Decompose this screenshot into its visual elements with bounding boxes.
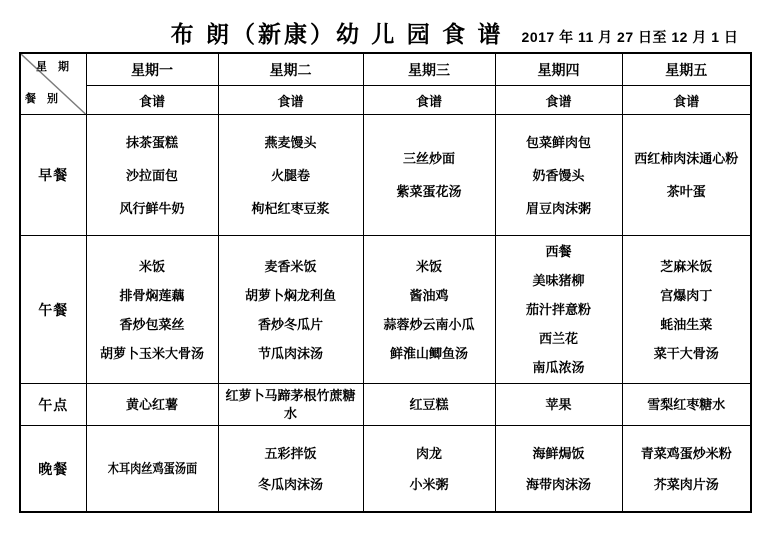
dish-item: 茶叶蛋	[627, 175, 747, 208]
dish-item: 苹果	[500, 395, 618, 415]
dish-item: 黄心红薯	[91, 395, 214, 415]
day-header-monday: 星期一	[86, 53, 218, 86]
dish-item: 沙拉面包	[91, 159, 214, 192]
menu-subheader-monday: 食谱	[86, 86, 218, 115]
menu-subheader-wednesday: 食谱	[363, 86, 495, 115]
dish-item: 紫菜蛋花汤	[368, 175, 491, 208]
corner-label-week: 星 期	[36, 58, 73, 74]
date-range: 2017 年 11 月 27 日至 12 月 1 日	[522, 27, 739, 47]
menu-cell-snack-wednesday: 红豆糕	[363, 384, 495, 426]
menu-subheader-tuesday: 食谱	[218, 86, 363, 115]
menu-cell-lunch-tuesday: 麦香米饭胡萝卜焖龙利鱼香炒冬瓜片节瓜肉沫汤	[218, 236, 363, 384]
dish-item: 青菜鸡蛋炒米粉	[627, 438, 747, 469]
dish-item: 抹茶蛋糕	[91, 126, 214, 159]
menu-cell-breakfast-wednesday: 三丝炒面紫菜蛋花汤	[363, 115, 495, 236]
page-title: 布 朗（新康）幼 儿 园 食 谱	[171, 16, 504, 49]
menu-cell-lunch-monday: 米饭排骨焖莲藕香炒包菜丝胡萝卜玉米大骨汤	[86, 236, 218, 384]
dish-item: 风行鲜牛奶	[91, 192, 214, 225]
day-header-wednesday: 星期三	[363, 53, 495, 86]
dish-item: 雪梨红枣糖水	[627, 395, 747, 415]
dish-item: 胡萝卜焖龙利鱼	[223, 281, 359, 310]
menu-subheader-thursday: 食谱	[495, 86, 622, 115]
dish-item: 小米粥	[368, 469, 491, 500]
dish-item: 茄汁拌意粉	[500, 295, 618, 324]
dish-item: 燕麦馒头	[223, 126, 359, 159]
dish-item: 胡萝卜玉米大骨汤	[91, 339, 214, 368]
dish-item: 西红柿肉沫通心粉	[627, 142, 747, 175]
lunch-row: 午餐 米饭排骨焖莲藕香炒包菜丝胡萝卜玉米大骨汤 麦香米饭胡萝卜焖龙利鱼香炒冬瓜片…	[20, 236, 751, 384]
dish-item: 五彩拌饭	[223, 438, 359, 469]
menu-cell-lunch-thursday: 西餐美味猪柳茄汁拌意粉西兰花南瓜浓汤	[495, 236, 622, 384]
dish-item: 西兰花	[500, 324, 618, 353]
dish-item: 麦香米饭	[223, 252, 359, 281]
menu-subheader-friday: 食谱	[622, 86, 751, 115]
dish-item: 木耳肉丝鸡蛋汤面	[99, 453, 205, 484]
dish-item: 西餐	[500, 237, 618, 266]
meal-label-breakfast: 早餐	[20, 115, 86, 236]
snack-row: 午点 黄心红薯 红萝卜马蹄茅根竹蔗糖水 红豆糕 苹果 雪梨红枣糖水	[20, 384, 751, 426]
dish-item: 美味猪柳	[500, 266, 618, 295]
dish-item: 米饭	[368, 252, 491, 281]
dish-item: 肉龙	[368, 438, 491, 469]
menu-cell-snack-thursday: 苹果	[495, 384, 622, 426]
meal-label-lunch: 午餐	[20, 236, 86, 384]
meal-label-dinner: 晚餐	[20, 426, 86, 513]
dish-item: 排骨焖莲藕	[91, 281, 214, 310]
menu-cell-breakfast-monday: 抹茶蛋糕沙拉面包风行鲜牛奶	[86, 115, 218, 236]
menu-cell-breakfast-tuesday: 燕麦馒头火腿卷枸杞红枣豆浆	[218, 115, 363, 236]
dinner-row: 晚餐 木耳肉丝鸡蛋汤面 五彩拌饭冬瓜肉沫汤 肉龙小米粥 海鲜焗饭海带肉沫汤 青菜…	[20, 426, 751, 513]
day-header-tuesday: 星期二	[218, 53, 363, 86]
dish-item: 酱油鸡	[368, 281, 491, 310]
dish-item: 海鲜焗饭	[500, 438, 618, 469]
menu-cell-breakfast-thursday: 包菜鲜肉包奶香馒头眉豆肉沫粥	[495, 115, 622, 236]
menu-cell-dinner-wednesday: 肉龙小米粥	[363, 426, 495, 513]
menu-cell-dinner-friday: 青菜鸡蛋炒米粉芥菜肉片汤	[622, 426, 751, 513]
dish-item: 节瓜肉沫汤	[223, 339, 359, 368]
menu-cell-snack-friday: 雪梨红枣糖水	[622, 384, 751, 426]
dish-item: 枸杞红枣豆浆	[223, 192, 359, 225]
menu-cell-lunch-wednesday: 米饭酱油鸡蒜蓉炒云南小瓜鲜淮山鲫鱼汤	[363, 236, 495, 384]
menu-cell-dinner-tuesday: 五彩拌饭冬瓜肉沫汤	[218, 426, 363, 513]
dish-item: 芥菜肉片汤	[627, 469, 747, 500]
dish-item: 蒜蓉炒云南小瓜	[368, 310, 491, 339]
menu-cell-snack-tuesday: 红萝卜马蹄茅根竹蔗糖水	[218, 384, 363, 426]
day-header-row: 星 期 餐 别 星期一 星期二 星期三 星期四 星期五	[20, 53, 751, 86]
menu-cell-breakfast-friday: 西红柿肉沫通心粉茶叶蛋	[622, 115, 751, 236]
dish-item: 眉豆肉沫粥	[500, 192, 618, 225]
dish-item: 鲜淮山鲫鱼汤	[368, 339, 491, 368]
dish-item: 菜干大骨汤	[627, 339, 747, 368]
dish-item: 海带肉沫汤	[500, 469, 618, 500]
menu-cell-snack-monday: 黄心红薯	[86, 384, 218, 426]
menu-subheader-row: 食谱 食谱 食谱 食谱 食谱	[20, 86, 751, 115]
menu-cell-dinner-monday: 木耳肉丝鸡蛋汤面	[86, 426, 218, 513]
dish-item: 宫爆肉丁	[627, 281, 747, 310]
menu-cell-dinner-thursday: 海鲜焗饭海带肉沫汤	[495, 426, 622, 513]
dish-item: 红萝卜马蹄茅根竹蔗糖水	[223, 386, 359, 423]
menu-cell-lunch-friday: 芝麻米饭宫爆肉丁蚝油生菜菜干大骨汤	[622, 236, 751, 384]
meal-label-snack: 午点	[20, 384, 86, 426]
dish-item: 南瓜浓汤	[500, 353, 618, 382]
dish-item: 芝麻米饭	[627, 252, 747, 281]
dish-item: 蚝油生菜	[627, 310, 747, 339]
dish-item: 米饭	[91, 252, 214, 281]
page-header: 布 朗（新康）幼 儿 园 食 谱 2017 年 11 月 27 日至 12 月 …	[140, 16, 769, 49]
day-header-thursday: 星期四	[495, 53, 622, 86]
dish-item: 香炒包菜丝	[91, 310, 214, 339]
corner-label-meal: 餐 别	[25, 90, 62, 106]
menu-page: 布 朗（新康）幼 儿 园 食 谱 2017 年 11 月 27 日至 12 月 …	[0, 0, 769, 535]
corner-cell: 星 期 餐 别	[20, 53, 86, 115]
dish-item: 包菜鲜肉包	[500, 126, 618, 159]
breakfast-row: 早餐 抹茶蛋糕沙拉面包风行鲜牛奶 燕麦馒头火腿卷枸杞红枣豆浆 三丝炒面紫菜蛋花汤…	[20, 115, 751, 236]
dish-item: 香炒冬瓜片	[223, 310, 359, 339]
dish-item: 冬瓜肉沫汤	[223, 469, 359, 500]
menu-table: 星 期 餐 别 星期一 星期二 星期三 星期四 星期五 食谱 食谱 食谱 食谱 …	[19, 52, 752, 513]
dish-item: 火腿卷	[223, 159, 359, 192]
dish-item: 奶香馒头	[500, 159, 618, 192]
dish-item: 红豆糕	[368, 395, 491, 415]
day-header-friday: 星期五	[622, 53, 751, 86]
dish-item: 三丝炒面	[368, 142, 491, 175]
